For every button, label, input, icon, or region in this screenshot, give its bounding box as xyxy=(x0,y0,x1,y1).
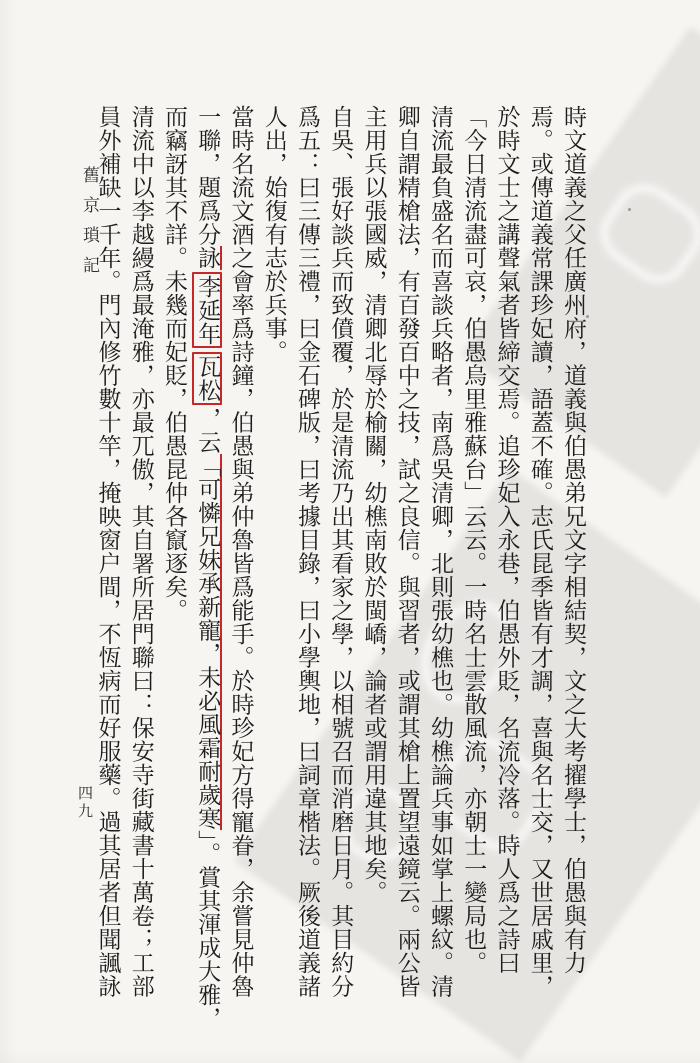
page-number: 四九 xyxy=(75,785,96,821)
text-segment: 清流最負盛名而喜談兵略者，南爲吳清卿，北則張幼樵也。幼樵論兵事如掌上螺紋。清 xyxy=(427,105,453,998)
text-column-5: 清流最負盛名而喜談兵略者，南爲吳清卿，北則張幼樵也。幼樵論兵事如掌上螺紋。清 xyxy=(423,105,456,1050)
scan-speck xyxy=(586,315,589,318)
text-segment: 清流中以李越縵爲最淹雅，亦最兀傲，其自署所居門聯曰：保安寺街藏書十萬卷；工部 xyxy=(128,105,154,998)
text-column-10: 人出，始復有志於兵事。 xyxy=(257,105,290,1050)
annotation-sideline: 詠 xyxy=(194,246,222,270)
text-segment: 自吳、張好談兵而致僨覆，於是清流乃出其看家之學，以相號召而消磨日月。其目約分 xyxy=(327,105,353,998)
text-column-4: 「今日清流盡可哀，伯愚烏里雅蘇台」云云。一時名士雲散風流，亦朝士一變局也。 xyxy=(456,105,489,1050)
text-segment: 於時文士之講聲氣者皆締交焉。追珍妃入永巷，伯愚外貶，名流冷落。時人爲之詩曰 xyxy=(494,105,520,975)
text-segment: 當時名流文酒之會率爲詩鐘，伯愚與弟仲魯皆爲能手。於時珍妃方得寵眷，余嘗見仲魯 xyxy=(228,105,254,998)
watermark-seal-glyph xyxy=(589,172,700,295)
text-column-8: 自吳、張好談兵而致僨覆，於是清流乃出其看家之學，以相號召而消磨日月。其目約分 xyxy=(323,105,356,1050)
text-segment: 一聯，題爲分 xyxy=(194,105,220,246)
text-column-1: 時文道義之父任廣州府，道義與伯愚弟兄文字相結契，文之大考擢學士，伯愚與有力 xyxy=(556,105,589,1050)
text-segment: 焉。或傳道義常課珍妃讀，語蓋不確。志氏昆季皆有才調，喜與名士交，又世居戚里， xyxy=(527,105,553,998)
text-segment: 「今日清流盡可哀，伯愚烏里雅蘇台」云云。一時名士雲散風流，亦朝士一變局也。 xyxy=(460,105,486,975)
text-column-14: 清流中以李越縵爲最淹雅，亦最兀傲，其自署所居門聯曰：保安寺街藏書十萬卷；工部 xyxy=(124,105,157,1050)
text-column-6: 卿自謂精槍法，有百發百中之技，試之良信。與習者，或謂其槍上置望遠鏡云。兩公皆 xyxy=(390,105,423,1050)
text-segment: 主用兵以張國威，清卿北辱於榆關，幼樵南敗於閩嶠，論者或謂用違其地矣。 xyxy=(361,105,387,904)
text-segment: 」。賞其渾成大雅， xyxy=(194,830,220,1030)
text-column-7: 主用兵以張國威，清卿北辱於榆關，幼樵南敗於閩嶠，論者或謂用違其地矣。 xyxy=(357,105,390,1050)
text-segment: 卿自謂精槍法，有百發百中之技，試之良信。與習者，或謂其槍上置望遠鏡云。兩公皆 xyxy=(394,105,420,998)
scan-speck xyxy=(628,208,631,211)
text-column-13: 而竊訝其不詳。未幾而妃貶，伯愚昆仲各竄逐矣。 xyxy=(157,105,190,1050)
annotation-box: 瓦松 xyxy=(192,352,222,405)
book-page: 時文道義之父任廣州府，道義與伯愚弟兄文字相結契，文之大考擢學士，伯愚與有力焉。或… xyxy=(0,0,700,1063)
text-column-9: 爲五：曰三傳三禮，曰金石碑版，曰考據目錄，曰小學輿地，曰詞章楷法。厥後道義諸 xyxy=(290,105,323,1050)
annotation-box: 李延年 xyxy=(192,272,222,349)
annotation-sideline: 「可憐兄妹承新寵，未必風霜耐歲寒 xyxy=(194,454,222,830)
text-column-11: 當時名流文酒之會率爲詩鐘，伯愚與弟仲魯皆爲能手。於時珍妃方得寵眷，余嘗見仲魯 xyxy=(224,105,257,1050)
text-column-2: 焉。或傳道義常課珍妃讀，語蓋不確。志氏昆季皆有才調，喜與名士交，又世居戚里， xyxy=(523,105,556,1050)
text-segment: 爲五：曰三傳三禮，曰金石碑版，曰考據目錄，曰小學輿地，曰詞章楷法。厥後道義諸 xyxy=(294,105,320,998)
text-column-12: 一聯，題爲分詠李延年瓦松，云「可憐兄妹承新寵，未必風霜耐歲寒」。賞其渾成大雅， xyxy=(190,105,223,1050)
text-segment: 人出，始復有志於兵事。 xyxy=(261,105,287,364)
spine-title: 舊京瑣記 xyxy=(77,166,102,286)
text-segment: ，云 xyxy=(194,407,220,454)
text-column-3: 於時文士之講聲氣者皆締交焉。追珍妃入永巷，伯愚外貶，名流冷落。時人爲之詩曰 xyxy=(490,105,523,1050)
text-segment: 而竊訝其不詳。未幾而妃貶，伯愚昆仲各竄逐矣。 xyxy=(161,105,187,622)
text-segment: 時文道義之父任廣州府，道義與伯愚弟兄文字相結契，文之大考擢學士，伯愚與有力 xyxy=(560,105,586,975)
